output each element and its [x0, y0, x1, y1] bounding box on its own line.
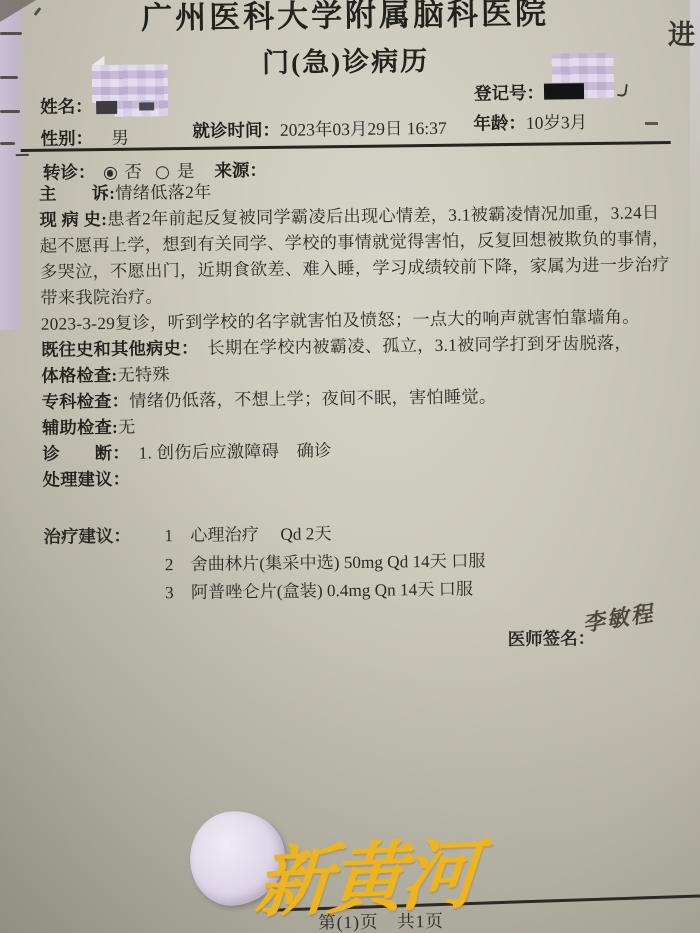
- present-illness: 现 病 史:患者2年前起反复被同学霸凌后出现心情差，3.1被霸凌情况加重，3.2…: [39, 200, 670, 312]
- hospital-name: 广州医科大学附属脑科医院: [0, 0, 695, 39]
- doctor-signature-label: 医师签名：: [508, 625, 596, 651]
- doctor-signature-handwriting: 李敏程: [580, 596, 656, 638]
- treatment-items: 1 心理治疗 Qd 2天 2 舍曲林片(集采中选) 50mg Qd 14天 口服…: [164, 518, 486, 607]
- age-label: 年龄：: [473, 113, 526, 134]
- registration-label: 登记号：: [474, 83, 544, 104]
- gender-label: 性别：: [40, 128, 93, 149]
- referral-no-label: 否: [124, 162, 142, 182]
- treatment-advice-label: 治疗建议：: [43, 523, 131, 549]
- medical-record-document: 广州医科大学附属脑科医院 门(急)诊病历 姓名： 登记号： 性别： 男 就诊时间…: [0, 0, 700, 933]
- name-label: 姓名：: [40, 96, 93, 117]
- registration-partial-character: [617, 83, 628, 97]
- registration-field: 登记号：: [474, 80, 544, 106]
- age-field: 年龄：10岁3月: [473, 109, 587, 135]
- gender-value: 男: [111, 128, 129, 148]
- name-redaction-dark-block: [139, 102, 154, 110]
- name-field: 姓名：: [40, 93, 93, 119]
- referral-label: 转诊：: [43, 162, 96, 183]
- treatment-item: 1 心理治疗 Qd 2天: [164, 518, 485, 550]
- header-divider-dash: [16, 154, 29, 156]
- medical-record-photo: 进 广州医科大学附属脑科医院 门(急)诊病历 姓名： 登记号： 性别： 男 就诊…: [0, 0, 700, 933]
- visit-time-value: 2023年03月29日 16:37: [280, 118, 447, 140]
- referral-yes-label: 是: [177, 161, 195, 181]
- registration-redaction-bar: [544, 83, 584, 99]
- name-redaction-blur: [92, 64, 168, 103]
- referral-no-radio: [103, 167, 116, 180]
- referral-source-label: 来源：: [214, 160, 267, 181]
- treatment-item: 2 舍曲林片(集采中选) 50mg Qd 14天 口服: [165, 547, 486, 579]
- age-value: 10岁3月: [526, 112, 587, 133]
- visit-time-label: 就诊时间：: [192, 120, 280, 141]
- name-redaction-dark-block: [96, 101, 117, 114]
- visit-time-field: 就诊时间：2023年03月29日 16:37: [192, 115, 447, 143]
- treatment-item: 3 阿普唑仑片(盒装) 0.4mg Qn 14天 口服: [165, 575, 486, 607]
- record-body: 主 诉:情绪低落2年 现 病 史:患者2年前起反复被同学霸凌后出现心情差，3.1…: [39, 174, 673, 494]
- referral-yes-radio: [156, 166, 169, 179]
- news-watermark: 新黄河: [252, 813, 479, 932]
